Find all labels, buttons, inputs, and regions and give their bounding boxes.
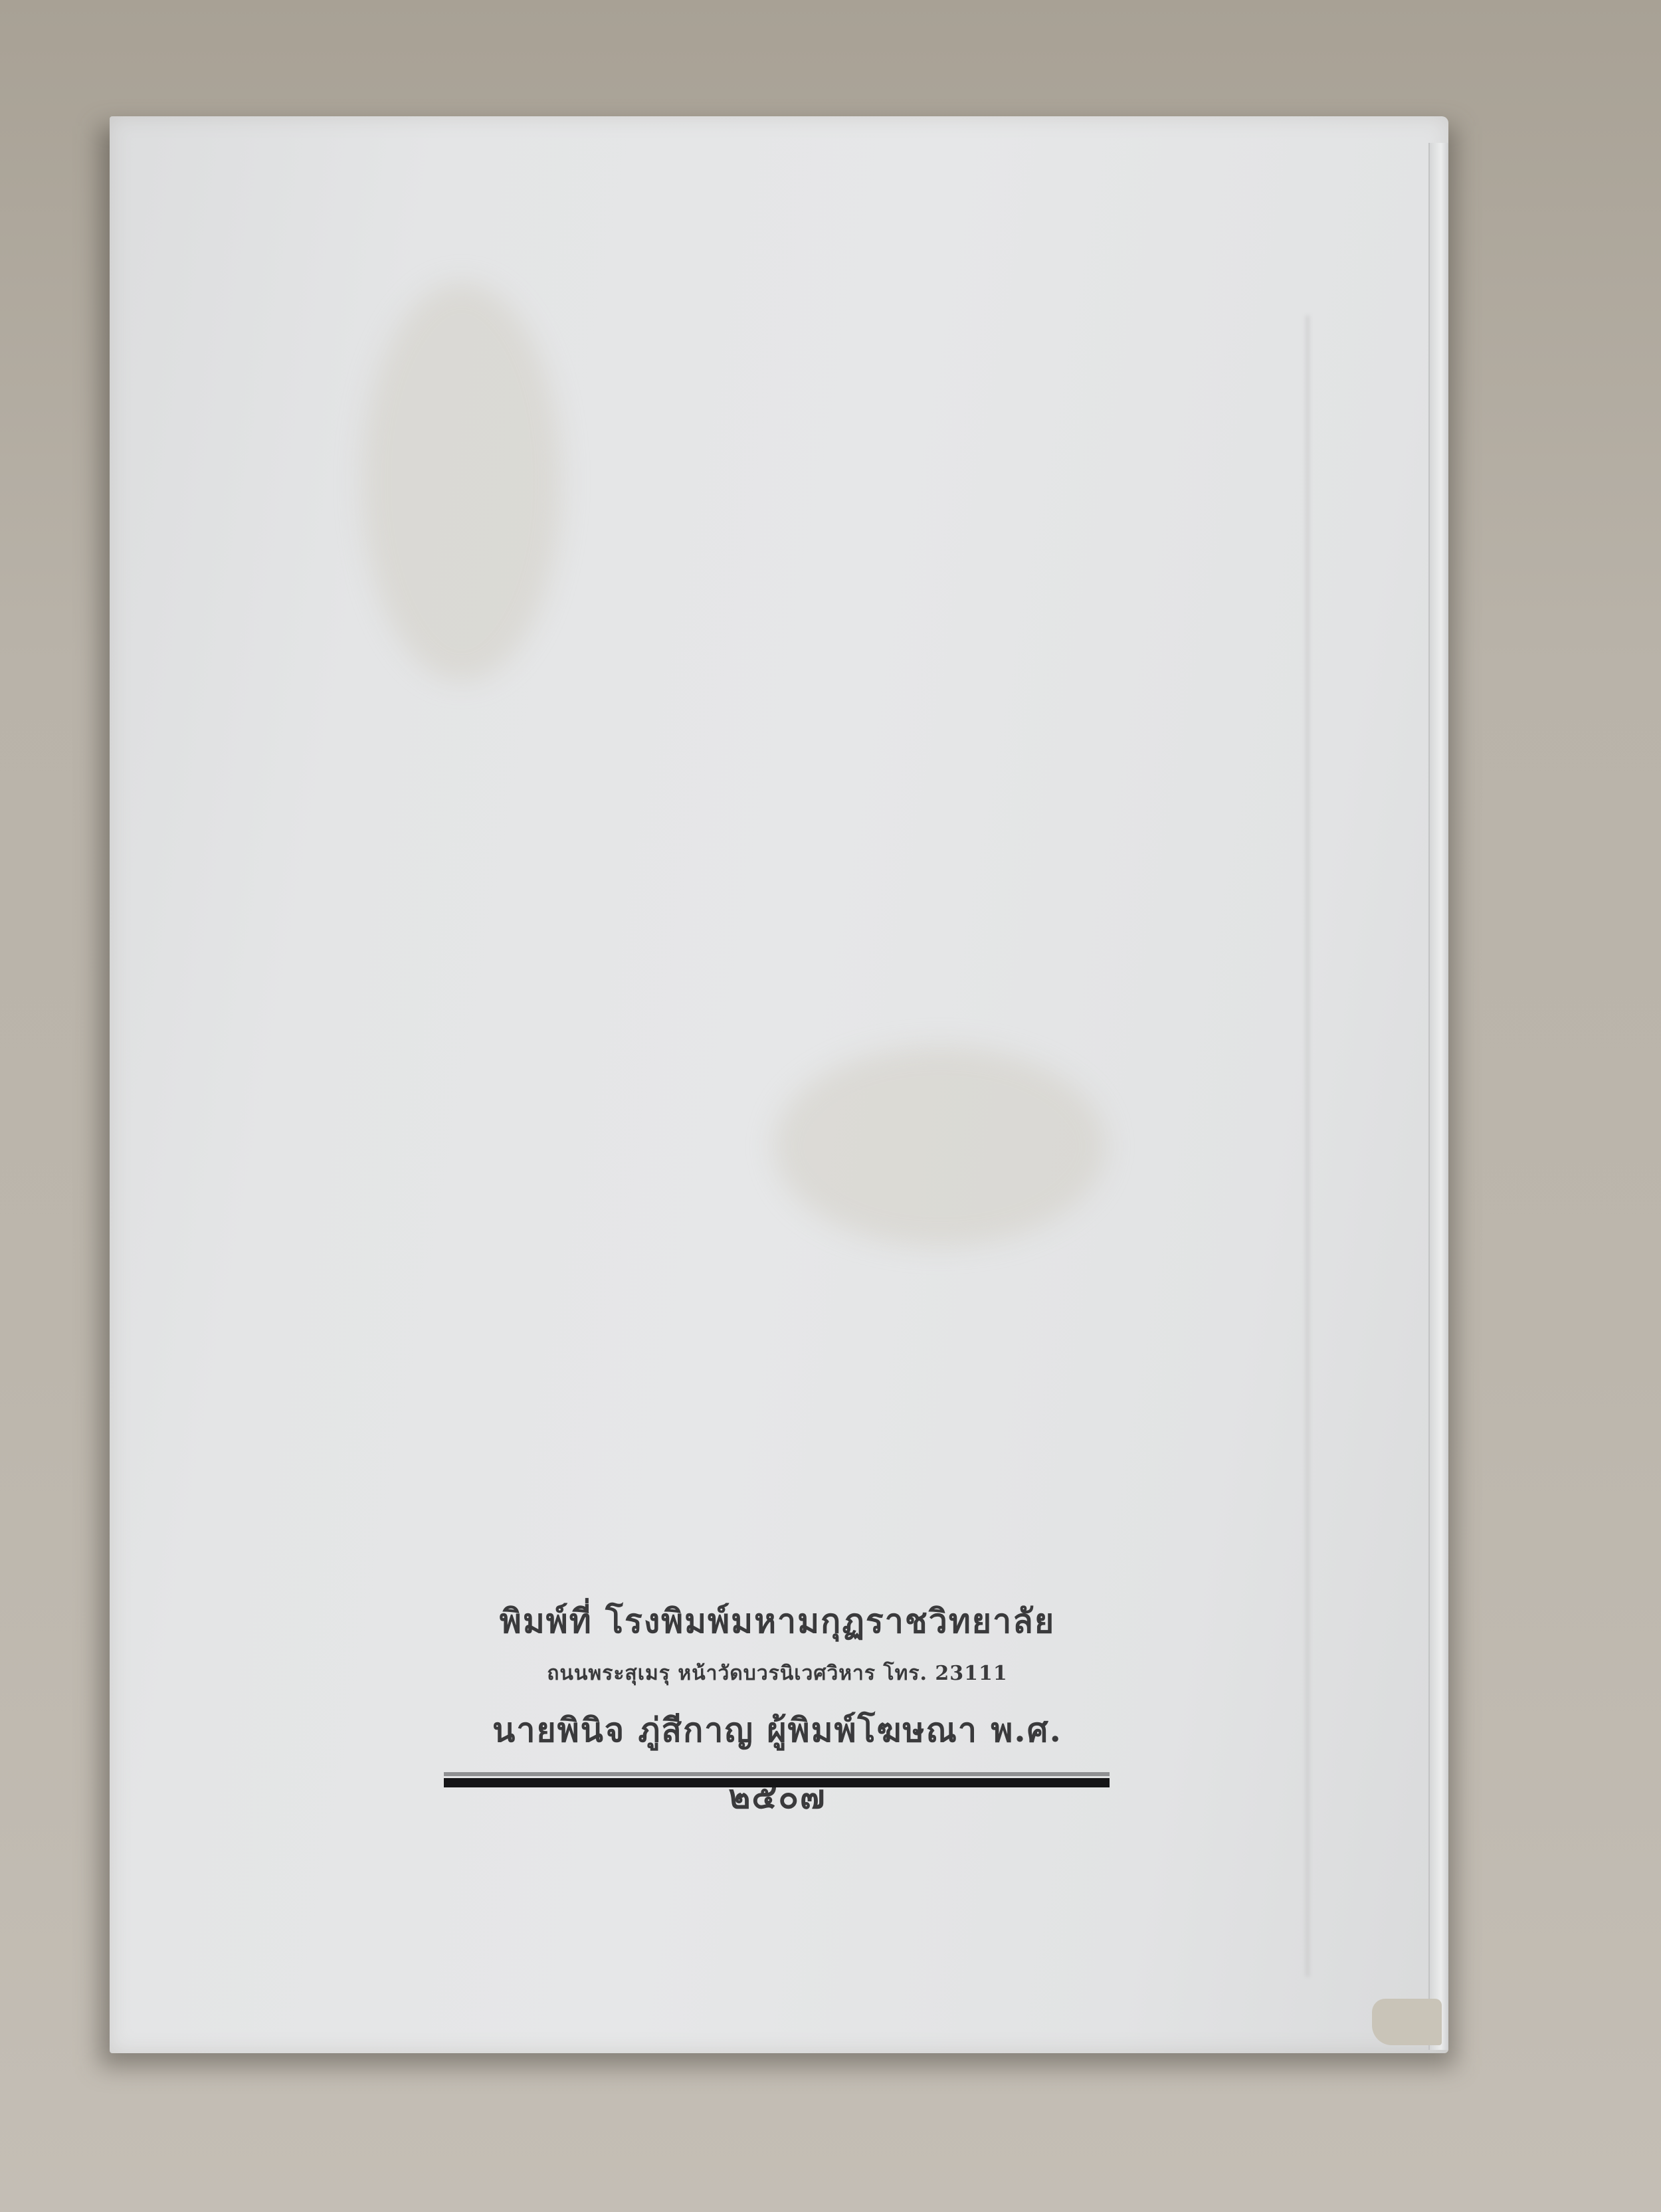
cover-stain [774,1047,1106,1246]
imprint-printer-line: พิมพ์ที่ โรงพิมพ์มหามกุฏราชวิทยาลัย [442,1588,1113,1655]
printer-imprint: พิมพ์ที่ โรงพิมพ์มหามกุฏราชวิทยาลัย ถนนพ… [442,1588,1113,1830]
spine-crease [1306,316,1310,1977]
imprint-publisher-line: นายพินิจ ภู่สีกาญ ผู้พิมพ์โฆษณา พ.ศ. ๒๕๐… [442,1697,1113,1830]
imprint-address-line: ถนนพระสุเมรุ หน้าวัดบวรนิเวศวิหาร โทร. 2… [442,1651,1113,1697]
worn-corner [1372,1999,1442,2045]
cover-stain [362,282,561,681]
page-edges [1428,143,1448,2050]
imprint-rule-thick [444,1778,1110,1787]
imprint-rule-thin [444,1772,1110,1776]
